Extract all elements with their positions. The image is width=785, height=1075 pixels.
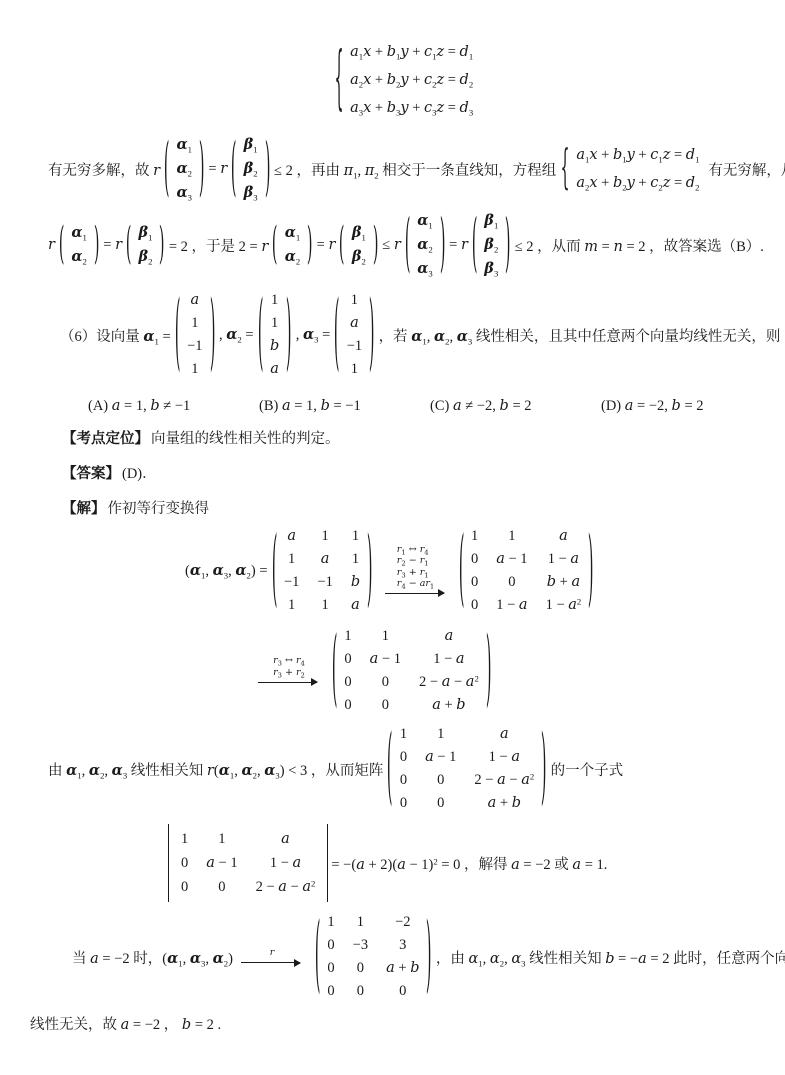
matrix-case-a-minus2: (11−20−3300a + b000) — [314, 910, 433, 1004]
matrix-original: (a111a1−1−1b11a) — [271, 524, 374, 618]
exam-point-text: 向量组的线性相关性的判定。 — [151, 428, 340, 450]
matrix-alpha-12: (α1α2) — [58, 220, 100, 270]
document-page: {a1x + b1y + c1z = d1a2x + b2y + c2z = d… — [0, 0, 785, 1075]
solution-text: 作初等行变换得 — [108, 498, 210, 520]
text-segment: (α1, α3, α2) = — [185, 562, 268, 580]
row-op-arrow: r3 ↔ r4r3 + r2 — [258, 655, 320, 686]
paragraph-infinite-solutions: 有无穷多解，故 r (α1α2α3) = r (β1β2β3) ≤ 2 ，再由 … — [48, 132, 781, 206]
text-segment: , α2 = — [219, 326, 254, 344]
determinant-equation: 11a0a − 11 − a002 − a − a2 = −(a + 2)(a … — [165, 824, 781, 902]
option-a: (A) a = 1, b ≠ −1 — [88, 398, 259, 415]
matrix-alpha-12: (α1α2) — [271, 220, 313, 270]
paragraph-case-a-minus2: 当 a = −2 时，(α1, α3, α2) r (11−20−3300a +… — [72, 910, 781, 1004]
text-segment: 的一个子式 — [551, 759, 624, 780]
text-segment: ，若 α1, α2, α3 线性相关，且其中任意两个向量均线性无关，则（ ） — [379, 325, 785, 346]
row-op-labels: r — [270, 947, 275, 958]
matrix-beta-123: (β1β2β3) — [230, 132, 271, 206]
text-segment: r — [48, 237, 55, 254]
vector-alpha3: (1a−11) — [333, 288, 375, 382]
equation-system-top: {a1x + b1y + c1z = d1a2x + b2y + c2z = d… — [330, 38, 781, 122]
arrow-shaft — [241, 958, 303, 967]
text-segment: = r — [208, 161, 227, 178]
matrix-beta-12: (β1β2) — [125, 220, 166, 270]
row-op-labels: r1 ↔ r4r2 − r1r3 + r1r4 − ar1 — [397, 544, 434, 589]
text-segment: = r — [449, 237, 468, 254]
text-segment: ，由 α1, α2, α3 线性相关知 b = −a = 2 此时，任意两个向量… — [436, 947, 785, 968]
option-c: (C) a ≠ −2, b = 2 — [430, 398, 601, 415]
paragraph-rank-chain: r (α1α2) = r (β1β2) = 2 ，于是 2 = r (α1α2)… — [48, 208, 781, 282]
solution-line: 【解】 作初等行变换得 — [62, 498, 781, 520]
answer-label: 【答案】 — [62, 463, 120, 485]
text-segment: 线性无关，故 a = −2 ， b = 2 . — [30, 1014, 221, 1036]
answer-options: (A) a = 1, b ≠ −1 (B) a = 1, b = −1 (C) … — [88, 398, 781, 415]
row-op-arrow: r — [241, 947, 303, 967]
matrix-alpha-123: (α1α2α3) — [404, 208, 446, 282]
matrix-after-step2: (11a0a − 11 − a002 − a − a200a + b) — [331, 624, 492, 718]
arrow-shaft — [385, 589, 447, 598]
text-segment: 有无穷多解，故 r — [48, 159, 160, 180]
row-op-labels: r3 ↔ r4r3 + r2 — [273, 655, 305, 677]
exam-point-line: 【考点定位】 向量组的线性相关性的判定。 — [62, 428, 781, 450]
text-segment: = 2 ，于是 2 = r — [169, 235, 268, 256]
vector-alpha1: (a1−11) — [174, 288, 216, 382]
vector-alpha2: (11ba) — [257, 288, 293, 382]
matrix-reduced: (11a0a − 11 − a002 − a − a200a + b) — [386, 722, 547, 816]
matrix-beta-123: (β1β2β3) — [471, 208, 512, 282]
solution-label: 【解】 — [62, 498, 106, 520]
matrix-alpha-123: (α1α2α3) — [163, 132, 205, 206]
text-segment: 当 a = −2 时，(α1, α3, α2) — [72, 947, 233, 968]
conclusion-line: 线性无关，故 a = −2 ， b = 2 . — [30, 1014, 781, 1036]
arrow-shaft — [258, 678, 320, 687]
option-b: (B) a = 1, b = −1 — [259, 398, 430, 415]
system-two-equations: {a1x + b1y + c1z = d1a2x + b2y + c2z = d… — [559, 141, 705, 197]
row-reduction-step2: r3 ↔ r4r3 + r2 (11a0a − 11 − a002 − a − … — [250, 624, 781, 718]
text-segment: = r — [317, 237, 336, 254]
text-segment: , α3 = — [296, 326, 331, 344]
problem-6-statement: （6）设向量 α1 = (a1−11) , α2 = (11ba) , α3 =… — [60, 288, 781, 382]
exam-point-label: 【考点定位】 — [62, 428, 149, 450]
row-reduction-step1: (α1, α3, α2) = (a111a1−1−1b11a) r1 ↔ r4r… — [185, 524, 781, 618]
answer-text: (D)． — [122, 463, 157, 485]
determinant-3x3: 11a0a − 11 − a002 − a − a2 — [168, 824, 328, 902]
option-d: (D) a = −2, b = 2 — [601, 398, 772, 415]
text-segment: ≤ 2 ，再由 π1, π2 相交于一条直线知，方程组 — [274, 159, 556, 180]
answer-line: 【答案】 (D)． — [62, 463, 781, 485]
text-segment: （6）设向量 α1 = — [60, 325, 171, 346]
text-segment: = −(a + 2)(a − 1)2 = 0 ，解得 a = −2 或 a = … — [331, 853, 607, 874]
matrix-after-step1: (11a0a − 11 − a00b + a01 − a1 − a2) — [458, 524, 595, 618]
row-op-arrow: r1 ↔ r4r2 − r1r3 + r1r4 − ar1 — [385, 544, 447, 598]
paragraph-rank-condition: 由 α1, α2, α3 线性相关知 r(α1, α2, α3) < 3 ，从而… — [48, 722, 781, 816]
text-segment: = r — [103, 237, 122, 254]
system-brace-matrix: {a1x + b1y + c1z = d1a2x + b2y + c2z = d… — [333, 38, 479, 122]
text-segment: ≤ 2 ，从而 m = n = 2 ，故答案选（B）. — [515, 235, 764, 256]
text-segment: 由 α1, α2, α3 线性相关知 r(α1, α2, α3) < 3 ，从而… — [48, 759, 383, 780]
text-segment: ≤ r — [382, 237, 401, 254]
matrix-beta-12: (β1β2) — [338, 220, 379, 270]
text-segment: 有无穷解，从而 — [708, 159, 785, 180]
